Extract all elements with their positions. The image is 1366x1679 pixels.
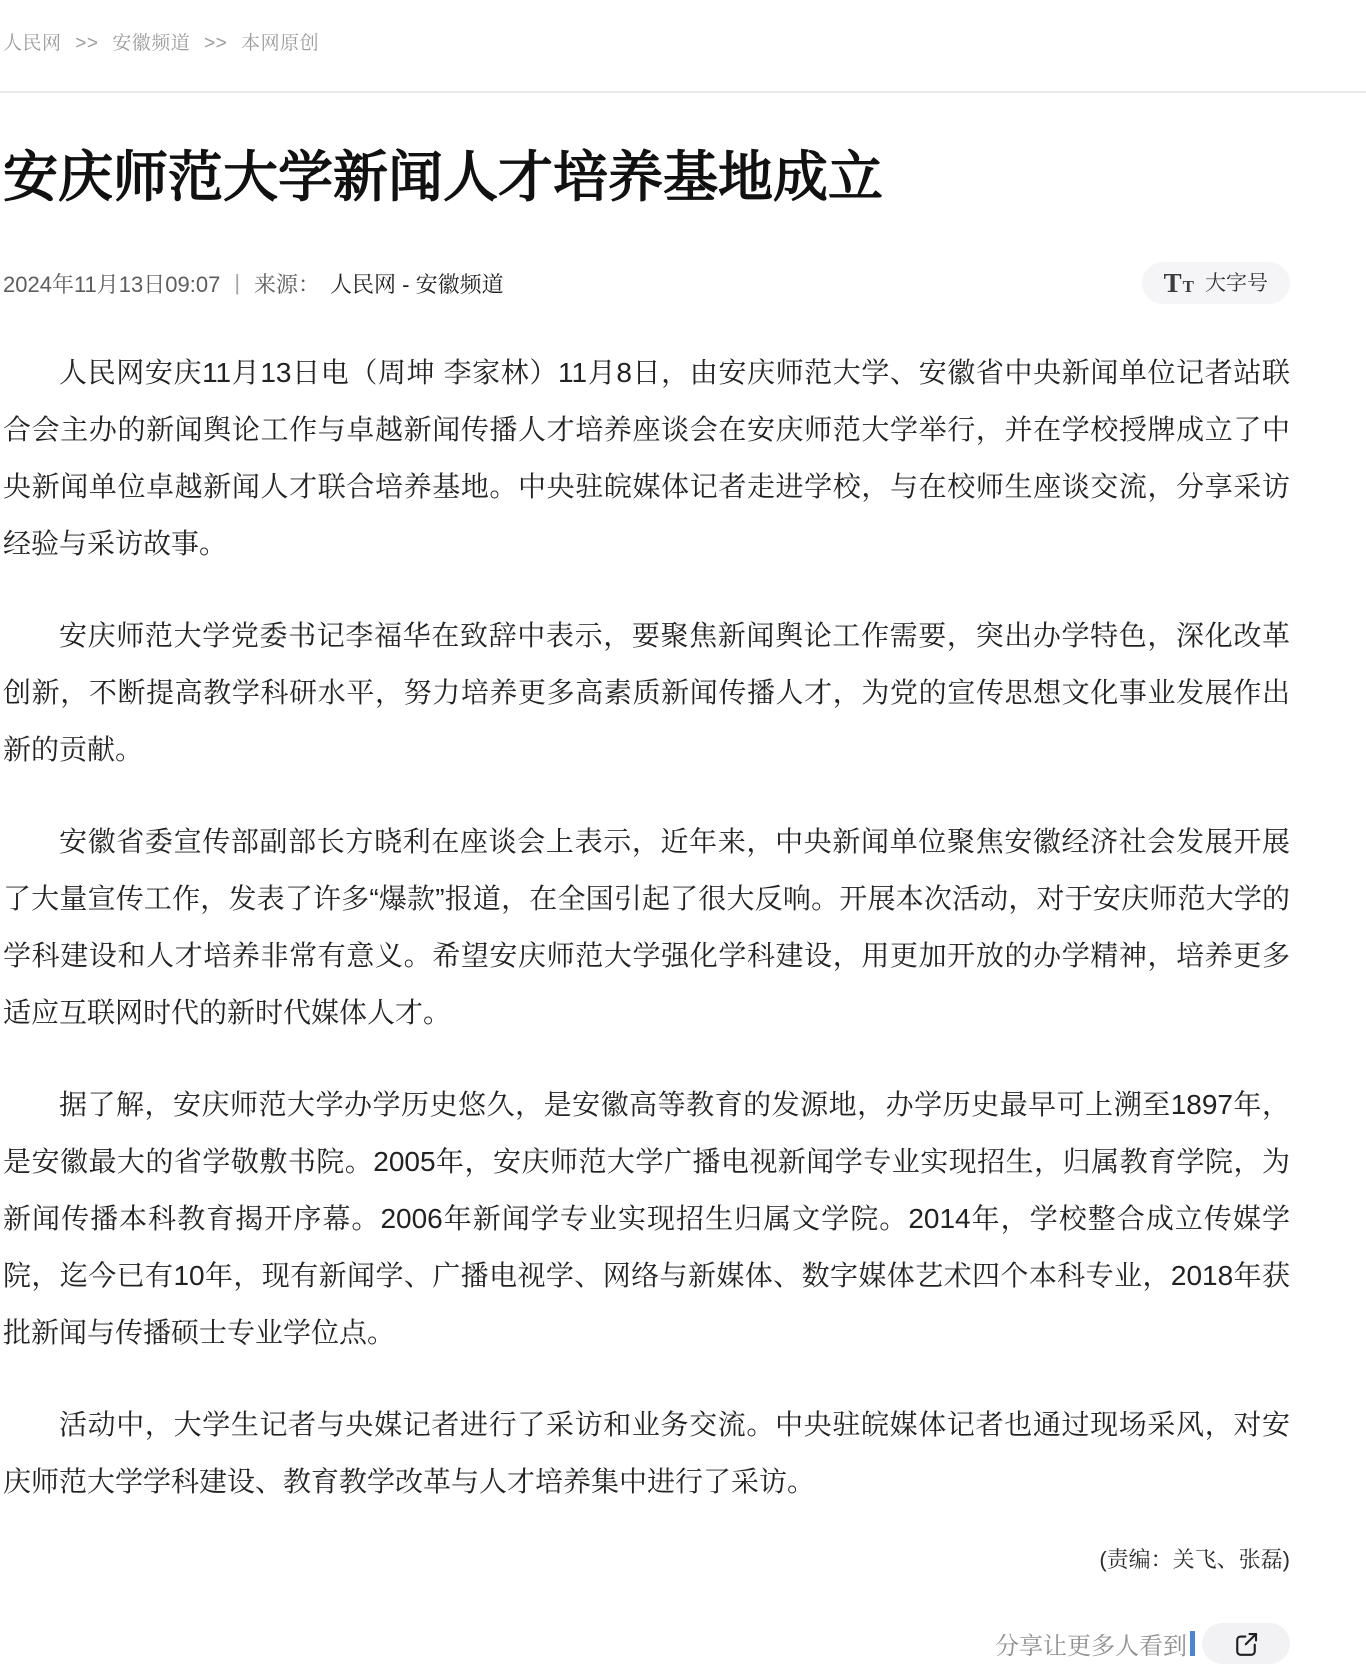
text-caret [1190, 1631, 1195, 1656]
article-meta: 2024年11月13日09:07 | 来源： 人民网 - 安徽频道 [3, 268, 504, 299]
page-title: 安庆师范大学新闻人才培养基地成立 [3, 144, 1290, 210]
breadcrumb-link-peoples-daily[interactable]: 人民网 [3, 33, 62, 54]
article-paragraph: 活动中，大学生记者与央媒记者进行了采访和业务交流。中央驻皖媒体记者也通过现场采风… [3, 1396, 1290, 1510]
article-meta-row: 2024年11月13日09:07 | 来源： 人民网 - 安徽频道 TT 大字号 [3, 262, 1290, 304]
editor-note: (责编：关飞、张磊) [3, 1545, 1290, 1575]
article-paragraph: 安徽省委宣传部副部长方晓利在座谈会上表示，近年来，中央新闻单位聚焦安徽经济社会发… [3, 813, 1290, 1041]
header-divider [0, 91, 1366, 93]
external-share-icon [1231, 1629, 1261, 1659]
source-link[interactable]: 人民网 - 安徽频道 [330, 268, 504, 299]
share-button[interactable] [1202, 1623, 1290, 1664]
font-size-button[interactable]: TT 大字号 [1142, 262, 1290, 304]
breadcrumb: 人民网 >> 安徽频道 >> 本网原创 [0, 0, 1366, 57]
article-paragraph: 人民网安庆11月13日电（周坤 李家林）11月8日，由安庆师范大学、安徽省中央新… [3, 344, 1290, 572]
breadcrumb-link-anhui-channel[interactable]: 安徽频道 [112, 33, 190, 54]
font-size-icon: TT [1164, 270, 1194, 297]
share-label: 分享让更多人看到 [995, 1626, 1187, 1661]
article-page: 人民网 >> 安徽频道 >> 本网原创 安庆师范大学新闻人才培养基地成立 202… [0, 0, 1366, 1679]
font-size-icon-small: T [1183, 278, 1194, 295]
article-paragraph: 据了解，安庆师范大学办学历史悠久，是安徽高等教育的发源地，办学历史最早可上溯至1… [3, 1076, 1290, 1361]
source-label: 来源： [254, 268, 320, 299]
breadcrumb-link-original-news[interactable]: 本网原创 [241, 33, 319, 54]
share-row: 分享让更多人看到 [3, 1623, 1290, 1664]
publish-date: 2024年11月13日09:07 [3, 268, 220, 299]
breadcrumb-separator: >> [75, 33, 98, 54]
font-size-icon-large: T [1164, 270, 1182, 297]
font-size-button-label: 大字号 [1205, 273, 1268, 294]
meta-separator: | [234, 270, 240, 296]
breadcrumb-separator: >> [204, 33, 227, 54]
article-body: 人民网安庆11月13日电（周坤 李家林）11月8日，由安庆师范大学、安徽省中央新… [3, 344, 1290, 1510]
article-paragraph: 安庆师范大学党委书记李福华在致辞中表示，要聚焦新闻舆论工作需要，突出办学特色，深… [3, 607, 1290, 778]
